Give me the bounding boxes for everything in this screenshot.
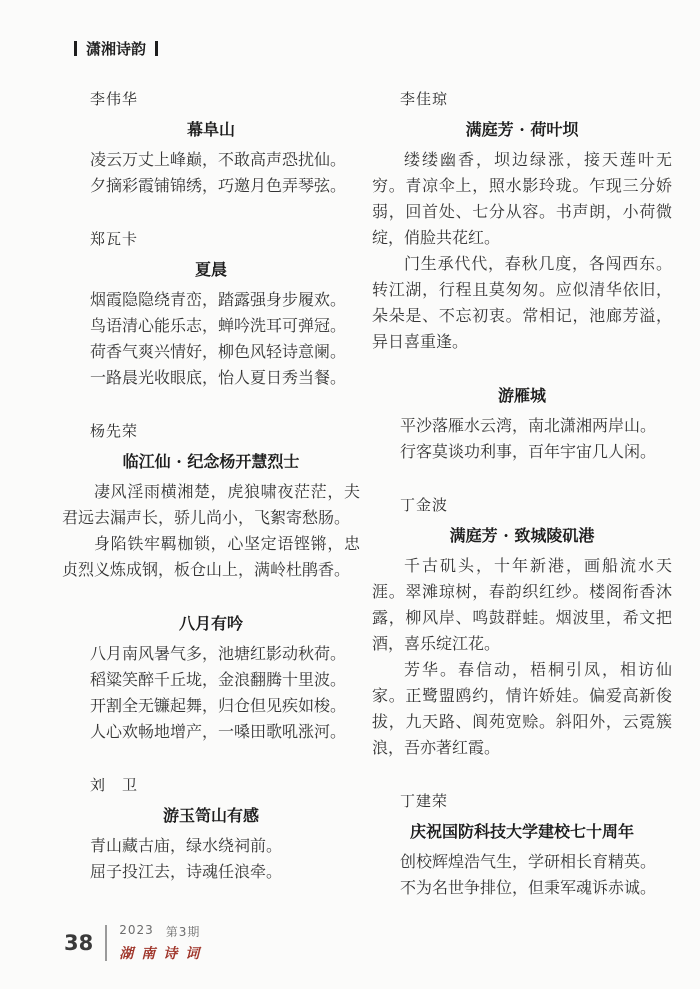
- header-bar-right: [155, 41, 158, 56]
- poet-name: 丁建荣: [372, 791, 672, 811]
- journal-page: 潇湘诗韵 李伟华 幕阜山 凌云万丈上峰巅，不敢高声恐扰仙。 夕摘彩霞铺锦绣，巧邀…: [0, 0, 700, 901]
- poem-line: 创校辉煌浩气生，学研相长育精英。: [372, 849, 672, 875]
- issue-number: 第3期: [166, 923, 201, 940]
- poem-line: 行客莫谈功利事，百年宇宙几人闲。: [372, 439, 672, 465]
- poem: 幕阜山 凌云万丈上峰巅，不敢高声恐扰仙。 夕摘彩霞铺锦绣，巧邀月色弄琴弦。: [62, 119, 360, 199]
- poet-name: 丁金波: [372, 495, 672, 515]
- poem-line: 不为名世争排位，但秉军魂诉赤诚。: [372, 875, 672, 901]
- poem-line: 八月南风暑气多，池塘红影动秋荷。: [62, 641, 360, 667]
- poem: 八月有吟 八月南风暑气多，池塘红影动秋荷。 稻粱笑醉千丘垅，金浪翻腾十里波。 开…: [62, 613, 360, 745]
- poem-title: 幕阜山: [62, 119, 360, 141]
- column-header-title: 潇湘诗韵: [86, 38, 146, 59]
- poet-name: 李佳琼: [372, 89, 672, 109]
- poem: 游雁城 平沙落雁水云湾，南北潇湘两岸山。 行客莫谈功利事，百年宇宙几人闲。: [372, 385, 672, 465]
- poet-section: 丁建荣 庆祝国防科技大学建校七十周年 创校辉煌浩气生，学研相长育精英。 不为名世…: [372, 791, 672, 901]
- header-bar-left: [74, 41, 77, 56]
- ci-paragraph: 凄风淫雨横湘楚，虎狼啸夜茫茫，夫君远去漏声长，骄儿尚小，飞絮寄愁肠。: [62, 479, 360, 531]
- issue-line: 2023 第3期: [119, 923, 207, 940]
- poem: 游玉笥山有感 青山藏古庙，绿水绕祠前。 屈子投江去，诗魂任浪牵。: [62, 805, 360, 885]
- page-content: 李伟华 幕阜山 凌云万丈上峰巅，不敢高声恐扰仙。 夕摘彩霞铺锦绣，巧邀月色弄琴弦…: [62, 89, 672, 901]
- poet-section: 李佳琼 满庭芳 · 荷叶坝 缕缕幽香，坝边绿涨，接天莲叶无穷。青凉伞上，照水影玲…: [372, 89, 672, 465]
- page-number: 38: [64, 931, 93, 955]
- poem-title: 八月有吟: [62, 613, 360, 635]
- poem-title: 满庭芳 · 荷叶坝: [372, 119, 672, 141]
- poet-name: 郑瓦卡: [62, 229, 360, 249]
- poem-line: 青山藏古庙，绿水绕祠前。: [62, 833, 360, 859]
- poet-section: 李伟华 幕阜山 凌云万丈上峰巅，不敢高声恐扰仙。 夕摘彩霞铺锦绣，巧邀月色弄琴弦…: [62, 89, 360, 199]
- poem-title: 游玉笥山有感: [62, 805, 360, 827]
- issue-block: 2023 第3期 湖南诗词: [119, 923, 207, 963]
- poem: 满庭芳 · 致城陵矶港 千古矶头，十年新港，画船流水天涯。翠滩琼树，春韵织红纱。…: [372, 525, 672, 761]
- poem-line: 荷香气爽兴情好，柳色风轻诗意阑。: [62, 339, 360, 365]
- right-column: 李佳琼 满庭芳 · 荷叶坝 缕缕幽香，坝边绿涨，接天莲叶无穷。青凉伞上，照水影玲…: [372, 89, 672, 901]
- poem: 满庭芳 · 荷叶坝 缕缕幽香，坝边绿涨，接天莲叶无穷。青凉伞上，照水影玲珑。乍现…: [372, 119, 672, 355]
- poet-section: 丁金波 满庭芳 · 致城陵矶港 千古矶头，十年新港，画船流水天涯。翠滩琼树，春韵…: [372, 495, 672, 761]
- poem-line: 烟霞隐隐绕青峦，踏露强身步履欢。: [62, 287, 360, 313]
- poem-line: 人心欢畅地增产，一嗓田歌吼涨河。: [62, 719, 360, 745]
- poem: 庆祝国防科技大学建校七十周年 创校辉煌浩气生，学研相长育精英。 不为名世争排位，…: [372, 821, 672, 901]
- ci-paragraph: 缕缕幽香，坝边绿涨，接天莲叶无穷。青凉伞上，照水影玲珑。乍现三分娇弱，回首处、七…: [372, 147, 672, 251]
- poem: 夏晨 烟霞隐隐绕青峦，踏露强身步履欢。 鸟语清心能乐志，蝉吟洗耳可弹冠。 荷香气…: [62, 259, 360, 391]
- issue-year: 2023: [119, 923, 154, 940]
- poem-line: 鸟语清心能乐志，蝉吟洗耳可弹冠。: [62, 313, 360, 339]
- poem-title: 临江仙 · 纪念杨开慧烈士: [62, 451, 360, 473]
- poet-section: 刘 卫 游玉笥山有感 青山藏古庙，绿水绕祠前。 屈子投江去，诗魂任浪牵。: [62, 775, 360, 885]
- poem-line: 夕摘彩霞铺锦绣，巧邀月色弄琴弦。: [62, 173, 360, 199]
- poet-name: 李伟华: [62, 89, 360, 109]
- poet-section: 郑瓦卡 夏晨 烟霞隐隐绕青峦，踏露强身步履欢。 鸟语清心能乐志，蝉吟洗耳可弹冠。…: [62, 229, 360, 391]
- poem-title: 夏晨: [62, 259, 360, 281]
- poem-line: 凌云万丈上峰巅，不敢高声恐扰仙。: [62, 147, 360, 173]
- ci-paragraph: 身陷铁牢羁枷锁，心坚定语铿锵，忠贞烈义炼成钢，板仓山上，满岭杜鹃香。: [62, 531, 360, 583]
- journal-name-logo: 湖南诗词: [119, 943, 207, 963]
- ci-paragraph: 门生承代代，春秋几度，各闯西东。转江湖，行程且莫匆匆。应似清华依旧，朵朵是、不忘…: [372, 251, 672, 355]
- poem-line: 开割全无镰起舞，归仓但见疾如梭。: [62, 693, 360, 719]
- footer-divider: [105, 925, 107, 961]
- poem-title: 满庭芳 · 致城陵矶港: [372, 525, 672, 547]
- poet-section: 杨先荣 临江仙 · 纪念杨开慧烈士 凄风淫雨横湘楚，虎狼啸夜茫茫，夫君远去漏声长…: [62, 421, 360, 745]
- poem-line: 一路晨光收眼底，怡人夏日秀当餐。: [62, 365, 360, 391]
- ci-paragraph: 芳华。春信动，梧桐引凤，相访仙家。正鹭盟鸥约，情许娇娃。偏爱高新俊拔，九天路、阆…: [372, 657, 672, 761]
- poem-line: 稻粱笑醉千丘垅，金浪翻腾十里波。: [62, 667, 360, 693]
- ci-paragraph: 千古矶头，十年新港，画船流水天涯。翠滩琼树，春韵织红纱。楼阁衔香沐露，柳风岸、鸣…: [372, 553, 672, 657]
- poet-name: 刘 卫: [62, 775, 360, 795]
- left-column: 李伟华 幕阜山 凌云万丈上峰巅，不敢高声恐扰仙。 夕摘彩霞铺锦绣，巧邀月色弄琴弦…: [62, 89, 360, 901]
- poem-title: 庆祝国防科技大学建校七十周年: [372, 821, 672, 843]
- poet-name: 杨先荣: [62, 421, 360, 441]
- poem: 临江仙 · 纪念杨开慧烈士 凄风淫雨横湘楚，虎狼啸夜茫茫，夫君远去漏声长，骄儿尚…: [62, 451, 360, 583]
- poem-title: 游雁城: [372, 385, 672, 407]
- poem-line: 平沙落雁水云湾，南北潇湘两岸山。: [372, 413, 672, 439]
- poem-line: 屈子投江去，诗魂任浪牵。: [62, 859, 360, 885]
- page-header: 潇湘诗韵: [74, 38, 672, 59]
- page-footer: 38 2023 第3期 湖南诗词: [64, 923, 207, 963]
